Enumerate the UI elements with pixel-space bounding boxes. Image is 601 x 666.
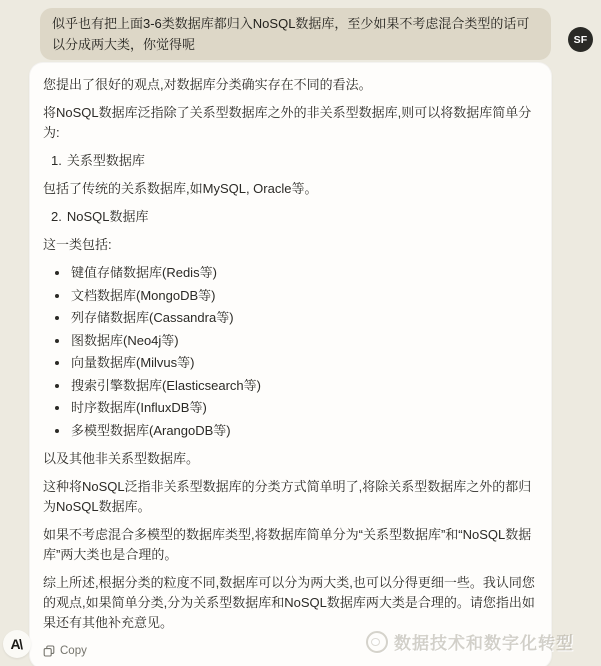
user-avatar: SF	[568, 27, 593, 52]
assistant-message-card: 您提出了很好的观点,对数据库分类确实存在不同的看法。 将NoSQL数据库泛指除了…	[29, 62, 552, 666]
copy-button-label: Copy	[60, 641, 87, 661]
numbered-item-text: 关系型数据库	[67, 153, 145, 168]
assistant-paragraph-intro: 您提出了很好的观点,对数据库分类确实存在不同的看法。	[43, 75, 537, 95]
list-item: 键值存储数据库(Redis等)	[70, 263, 537, 283]
numbered-item-marker: 1.	[51, 153, 62, 168]
assistant-paragraph-nosql-tail: 以及其他非关系型数据库。	[43, 449, 537, 469]
assistant-logo-icon: A\	[3, 630, 31, 658]
numbered-item-nosql: 2.NoSQL数据库	[51, 207, 537, 227]
user-message-bubble: 似乎也有把上面3-6类数据库都归入NoSQL数据库，至少如果不考虑混合类型的话可…	[40, 8, 551, 60]
assistant-paragraph-summary-simple: 这种将NoSQL泛指非关系型数据库的分类方式简单明了,将除关系型数据库之外的都归…	[43, 477, 537, 517]
assistant-paragraph-relational-note: 包括了传统的关系数据库,如MySQL, Oracle等。	[43, 179, 537, 199]
user-message-text: 似乎也有把上面3-6类数据库都归入NoSQL数据库，至少如果不考虑混合类型的话可…	[52, 16, 529, 52]
assistant-paragraph-conclusion: 综上所述,根据分类的粒度不同,数据库可以分为两大类,也可以分得更细一些。我认同您…	[43, 573, 537, 633]
list-item: 图数据库(Neo4j等)	[70, 331, 537, 351]
nosql-types-list: 键值存储数据库(Redis等) 文档数据库(MongoDB等) 列存储数据库(C…	[43, 263, 537, 441]
numbered-item-relational: 1.关系型数据库	[51, 151, 537, 171]
numbered-item-text: NoSQL数据库	[67, 209, 149, 224]
list-item: 时序数据库(InfluxDB等)	[70, 398, 537, 418]
list-item: 多模型数据库(ArangoDB等)	[70, 421, 537, 441]
list-item: 列存储数据库(Cassandra等)	[70, 308, 537, 328]
assistant-paragraph-classification-lead: 将NoSQL数据库泛指除了关系型数据库之外的非关系型数据库,则可以将数据库简单分…	[43, 103, 537, 143]
copy-button[interactable]: Copy	[43, 641, 87, 661]
list-item: 向量数据库(Milvus等)	[70, 353, 537, 373]
chat-page: { "colors": { "page_bg": "#edeae0", "bub…	[0, 0, 601, 666]
assistant-paragraph-summary-two-classes: 如果不考虑混合多模型的数据库类型,将数据库简单分为“关系型数据库”和“NoSQL…	[43, 525, 537, 565]
list-item: 文档数据库(MongoDB等)	[70, 286, 537, 306]
copy-icon	[43, 645, 55, 657]
assistant-paragraph-nosql-lead: 这一类包括:	[43, 235, 537, 255]
numbered-item-marker: 2.	[51, 209, 62, 224]
list-item: 搜索引擎数据库(Elasticsearch等)	[70, 376, 537, 396]
